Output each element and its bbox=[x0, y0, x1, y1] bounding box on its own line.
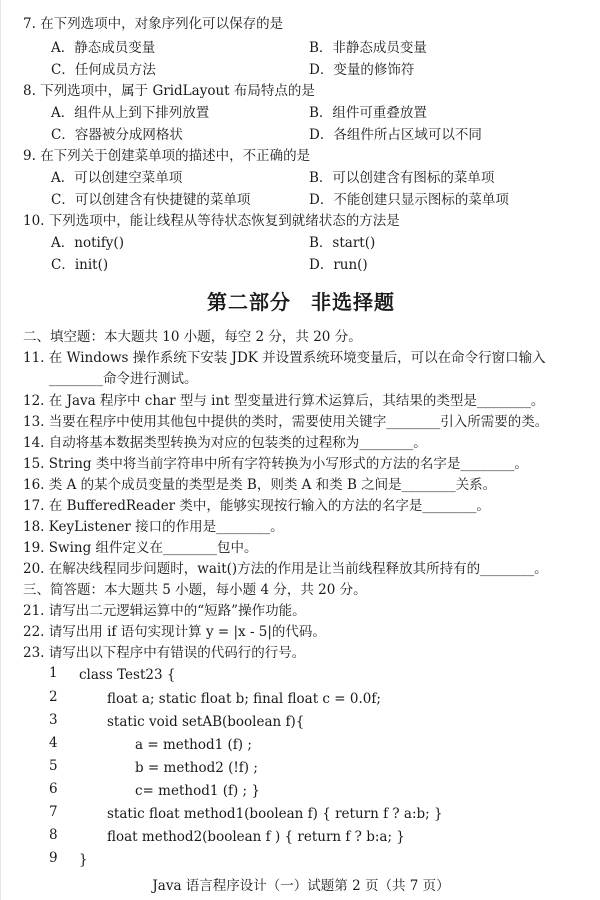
part-title-left: 第二部分 bbox=[207, 290, 291, 314]
option-d: D．变量的修饰符 bbox=[309, 60, 414, 80]
code-line: } bbox=[79, 850, 88, 870]
question-text: 类 A 的某个成员变量的类型是类 B，则类 A 和类 B 之间是________… bbox=[49, 477, 496, 493]
question-12: 12. 在 Java 程序中 char 型与 int 型变量进行算术运算后，其结… bbox=[23, 391, 544, 411]
option-a: A．notify() bbox=[51, 233, 124, 253]
line-number: 6 bbox=[49, 781, 69, 797]
line-number: 2 bbox=[49, 689, 69, 705]
question-text: 在解决线程同步问题时，wait()方法的作用是让当前线程释放其所持有的_____… bbox=[49, 561, 548, 577]
question-number: 16. bbox=[23, 477, 44, 493]
option-c: C．init() bbox=[51, 255, 108, 275]
question-21: 21. 请写出二元逻辑运算中的“短路”操作功能。 bbox=[23, 601, 306, 621]
question-number: 21. bbox=[23, 603, 44, 619]
question-22: 22. 请写出用 if 语句实现计算 y = |x - 5|的代码。 bbox=[23, 622, 326, 642]
question-number: 14. bbox=[23, 435, 44, 451]
question-number: 19. bbox=[23, 540, 44, 556]
question-number: 12. bbox=[23, 393, 44, 409]
question-11-cont: ________命令进行测试。 bbox=[49, 369, 198, 389]
question-number: 8. bbox=[23, 83, 36, 99]
question-text: 下列选项中，能让线程从等待状态恢复到就绪状态的方法是 bbox=[49, 213, 400, 229]
question-20: 20. 在解决线程同步问题时，wait()方法的作用是让当前线程释放其所持有的_… bbox=[23, 559, 548, 579]
part-title: 第二部分非选择题 bbox=[1, 286, 600, 315]
line-number: 9 bbox=[49, 850, 69, 866]
question-text: String 类中将当前字符串中所有字符转换为小写形式的方法的名字是______… bbox=[49, 456, 528, 472]
question-number: 20. bbox=[23, 561, 44, 577]
question-text: 在下列选项中，对象序列化可以保存的是 bbox=[40, 16, 283, 32]
option-b: B．非静态成员变量 bbox=[309, 38, 427, 58]
question-text: 请写出以下程序中有错误的代码行的行号。 bbox=[49, 645, 306, 661]
question-15: 15. String 类中将当前字符串中所有字符转换为小写形式的方法的名字是__… bbox=[23, 454, 528, 474]
question-text: 自动将基本数据类型转换为对应的包装类的过程称为________。 bbox=[49, 435, 427, 451]
question-7: 7. 在下列选项中，对象序列化可以保存的是 bbox=[23, 14, 283, 34]
question-text: KeyListener 接口的作用是________。 bbox=[49, 519, 284, 535]
question-9: 9. 在下列关于创建菜单项的描述中，不正确的是 bbox=[23, 146, 310, 166]
question-number: 18. bbox=[23, 519, 44, 535]
code-line: float method2(boolean f ) { return f ? b… bbox=[107, 827, 405, 847]
question-10: 10. 下列选项中，能让线程从等待状态恢复到就绪状态的方法是 bbox=[23, 211, 400, 231]
code-line: a = method1 (f) ; bbox=[135, 735, 252, 755]
question-text: 请写出二元逻辑运算中的“短路”操作功能。 bbox=[49, 603, 306, 619]
question-number: 7. bbox=[23, 16, 36, 32]
option-a: A．组件从上到下排列放置 bbox=[51, 103, 209, 123]
question-text: Swing 组件定义在________包中。 bbox=[49, 540, 258, 556]
question-17: 17. 在 BufferedReader 类中，能够实现按行输入的方法的名字是_… bbox=[23, 496, 490, 516]
code-line: c= method1 (f) ; } bbox=[135, 781, 260, 801]
question-number: 17. bbox=[23, 498, 44, 514]
question-text: 在下列关于创建菜单项的描述中，不正确的是 bbox=[40, 148, 310, 164]
option-a: A．静态成员变量 bbox=[51, 38, 155, 58]
question-14: 14. 自动将基本数据类型转换为对应的包装类的过程称为________。 bbox=[23, 433, 427, 453]
question-text: 在 Java 程序中 char 型与 int 型变量进行算术运算后，其结果的类型… bbox=[49, 393, 545, 409]
question-number: 11. bbox=[23, 350, 44, 366]
line-number: 5 bbox=[49, 758, 69, 774]
question-text: 在 BufferedReader 类中，能够实现按行输入的方法的名字是_____… bbox=[49, 498, 490, 514]
option-b: B．start() bbox=[309, 233, 375, 253]
question-13: 13. 当要在程序中使用其他包中提供的类时，需要使用关键字________引入所… bbox=[23, 412, 548, 432]
question-19: 19. Swing 组件定义在________包中。 bbox=[23, 538, 258, 558]
line-number: 7 bbox=[49, 804, 69, 820]
question-number: 9. bbox=[23, 148, 36, 164]
line-number: 4 bbox=[49, 735, 69, 751]
question-number: 22. bbox=[23, 624, 44, 640]
question-8: 8. 下列选项中，属于 GridLayout 布局特点的是 bbox=[23, 81, 315, 101]
option-d: D．run() bbox=[309, 255, 368, 275]
question-number: 13. bbox=[23, 414, 44, 430]
section-heading-fill: 二、填空题：本大题共 10 小题，每空 2 分，共 20 分。 bbox=[23, 327, 362, 347]
option-b: B．可以创建含有图标的菜单项 bbox=[309, 168, 494, 188]
option-a: A．可以创建空菜单项 bbox=[51, 168, 182, 188]
option-c: C．容器被分成网格状 bbox=[51, 125, 183, 145]
question-16: 16. 类 A 的某个成员变量的类型是类 B，则类 A 和类 B 之间是____… bbox=[23, 475, 496, 495]
question-11: 11. 在 Windows 操作系统下安装 JDK 并设置系统环境变量后，可以在… bbox=[23, 348, 546, 368]
code-line: class Test23 { bbox=[79, 665, 175, 685]
question-23: 23. 请写出以下程序中有错误的代码行的行号。 bbox=[23, 643, 305, 663]
option-d: D．不能创建只显示图标的菜单项 bbox=[309, 190, 509, 210]
option-b: B．组件可重叠放置 bbox=[309, 103, 427, 123]
question-number: 15. bbox=[23, 456, 44, 472]
question-text: 请写出用 if 语句实现计算 y = |x - 5|的代码。 bbox=[49, 624, 326, 640]
code-line: b = method2 (!f) ; bbox=[135, 758, 258, 778]
option-d: D．各组件所占区域可以不同 bbox=[309, 125, 482, 145]
option-c: C．任何成员方法 bbox=[51, 60, 156, 80]
question-text: 在 Windows 操作系统下安装 JDK 并设置系统环境变量后，可以在命令行窗… bbox=[49, 350, 546, 366]
question-18: 18. KeyListener 接口的作用是________。 bbox=[23, 517, 284, 537]
question-number: 10. bbox=[23, 213, 44, 229]
line-number: 3 bbox=[49, 712, 69, 728]
question-text: 当要在程序中使用其他包中提供的类时，需要使用关键字________引入所需要的类… bbox=[49, 414, 549, 430]
code-line: static float method1(boolean f) { return… bbox=[107, 804, 443, 824]
option-c: C．可以创建含有快捷键的菜单项 bbox=[51, 190, 250, 210]
part-title-right: 非选择题 bbox=[311, 290, 395, 314]
section-heading-short-answer: 三、简答题：本大题共 5 小题，每小题 4 分，共 20 分。 bbox=[23, 580, 367, 600]
line-number: 8 bbox=[49, 827, 69, 843]
question-text: 下列选项中，属于 GridLayout 布局特点的是 bbox=[40, 83, 315, 99]
line-number: 1 bbox=[49, 665, 69, 681]
question-number: 23. bbox=[23, 645, 44, 661]
page-footer: Java 语言程序设计（一）试题第 2 页（共 7 页） bbox=[1, 874, 600, 894]
code-line: float a; static float b; final float c =… bbox=[107, 689, 381, 709]
code-line: static void setAB(boolean f){ bbox=[107, 712, 304, 732]
